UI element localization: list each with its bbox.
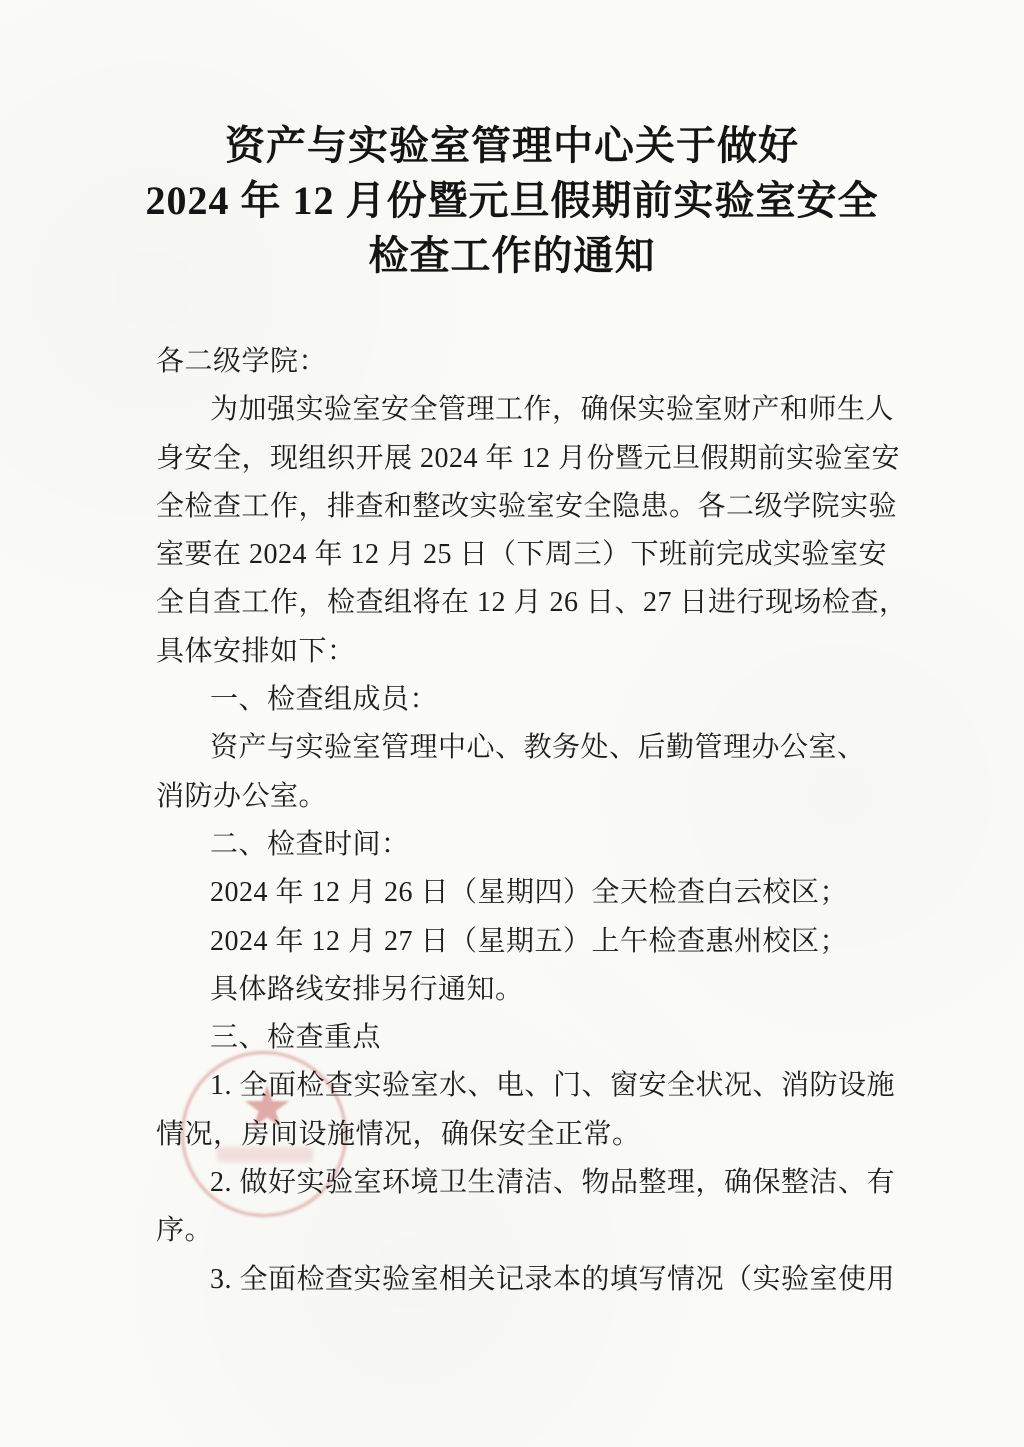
line-item2-1: 2. 做好实验室环境卫生清洁、物品整理，确保整洁、有 [156, 1159, 896, 1207]
line-section2-note: 具体路线安排另行通知。 [156, 966, 896, 1014]
title-line-3: 检查工作的通知 [0, 228, 1024, 283]
line-item2-2: 序。 [156, 1207, 896, 1255]
line-item1-2: 情况，房间设施情况，确保安全正常。 [156, 1111, 896, 1159]
line-section1-content-1: 资产与实验室管理中心、教务处、后勤管理办公室、 [156, 724, 896, 772]
line-section1-heading: 一、检查组成员： [156, 676, 896, 724]
line-item1-1: 1. 全面检查实验室水、电、门、窗安全状况、消防设施 [156, 1062, 896, 1110]
line-intro-1: 为加强实验室安全管理工作，确保实验室财产和师生人 [156, 386, 896, 434]
line-section2-date-1: 2024 年 12 月 26 日（星期四）全天检查白云校区； [156, 869, 896, 917]
line-item3-1: 3. 全面检查实验室相关记录本的填写情况（实验室使用 [156, 1256, 896, 1304]
title-line-1: 资产与实验室管理中心关于做好 [0, 118, 1024, 173]
document-page: ★ 资产与实验室管理中心关于做好 2024 年 12 月份暨元旦假期前实验室安全… [0, 0, 1024, 1447]
line-intro-4: 室要在 2024 年 12 月 25 日（下周三）下班前完成实验室安 [156, 531, 896, 579]
line-section2-heading: 二、检查时间： [156, 821, 896, 869]
line-intro-2: 身安全，现组织开展 2024 年 12 月份暨元旦假期前实验室安 [156, 435, 896, 483]
document-title: 资产与实验室管理中心关于做好 2024 年 12 月份暨元旦假期前实验室安全 检… [0, 118, 1024, 283]
line-section2-date-2: 2024 年 12 月 27 日（星期五）上午检查惠州校区； [156, 918, 896, 966]
document-body: 各二级学院： 为加强实验室安全管理工作，确保实验室财产和师生人 身安全，现组织开… [156, 338, 896, 1304]
line-section3-heading: 三、检查重点 [156, 1014, 896, 1062]
line-intro-3: 全检查工作，排查和整改实验室安全隐患。各二级学院实验 [156, 483, 896, 531]
title-line-2: 2024 年 12 月份暨元旦假期前实验室安全 [0, 173, 1024, 228]
line-section1-content-2: 消防办公室。 [156, 773, 896, 821]
line-intro-5: 全自查工作，检查组将在 12 月 26 日、27 日进行现场检查， [156, 579, 896, 627]
line-salutation: 各二级学院： [156, 338, 896, 386]
line-intro-6: 具体安排如下： [156, 628, 896, 676]
